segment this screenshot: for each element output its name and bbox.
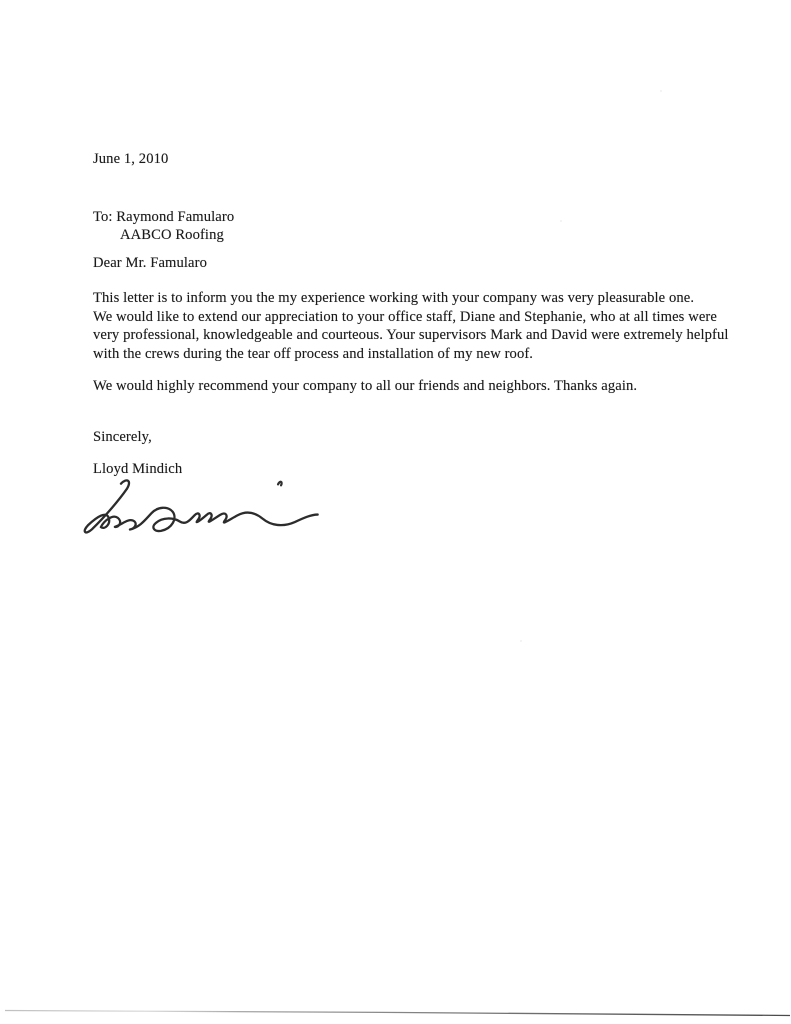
body-paragraph1-line2: We would like to extend our appreciation… [93,308,717,326]
body-paragraph2-line1: We would highly recommend your company t… [93,377,637,395]
letter-date: June 1, 2010 [93,150,168,168]
scan-speck [560,220,562,222]
signer-name-line: Lloyd Mindich [93,460,182,478]
salutation-line: Dear Mr. Famularo [93,254,207,272]
signature-image [77,473,326,542]
recipient-name-line: To: Raymond Famularo [93,208,234,226]
recipient-company-line: AABCO Roofing [120,226,224,244]
scan-speck [520,640,522,642]
body-paragraph1-line4: with the crews during the tear off proce… [93,345,533,363]
scan-speck [660,90,662,92]
scanner-artifact-line [0,1004,791,1020]
closing-line: Sincerely, [93,428,152,446]
body-paragraph1-line1: This letter is to inform you the my expe… [93,289,694,307]
body-paragraph1-line3: very professional, knowledgeable and cou… [93,326,729,344]
scanned-letter-page: June 1, 2010 To: Raymond Famularo AABCO … [0,0,791,1024]
